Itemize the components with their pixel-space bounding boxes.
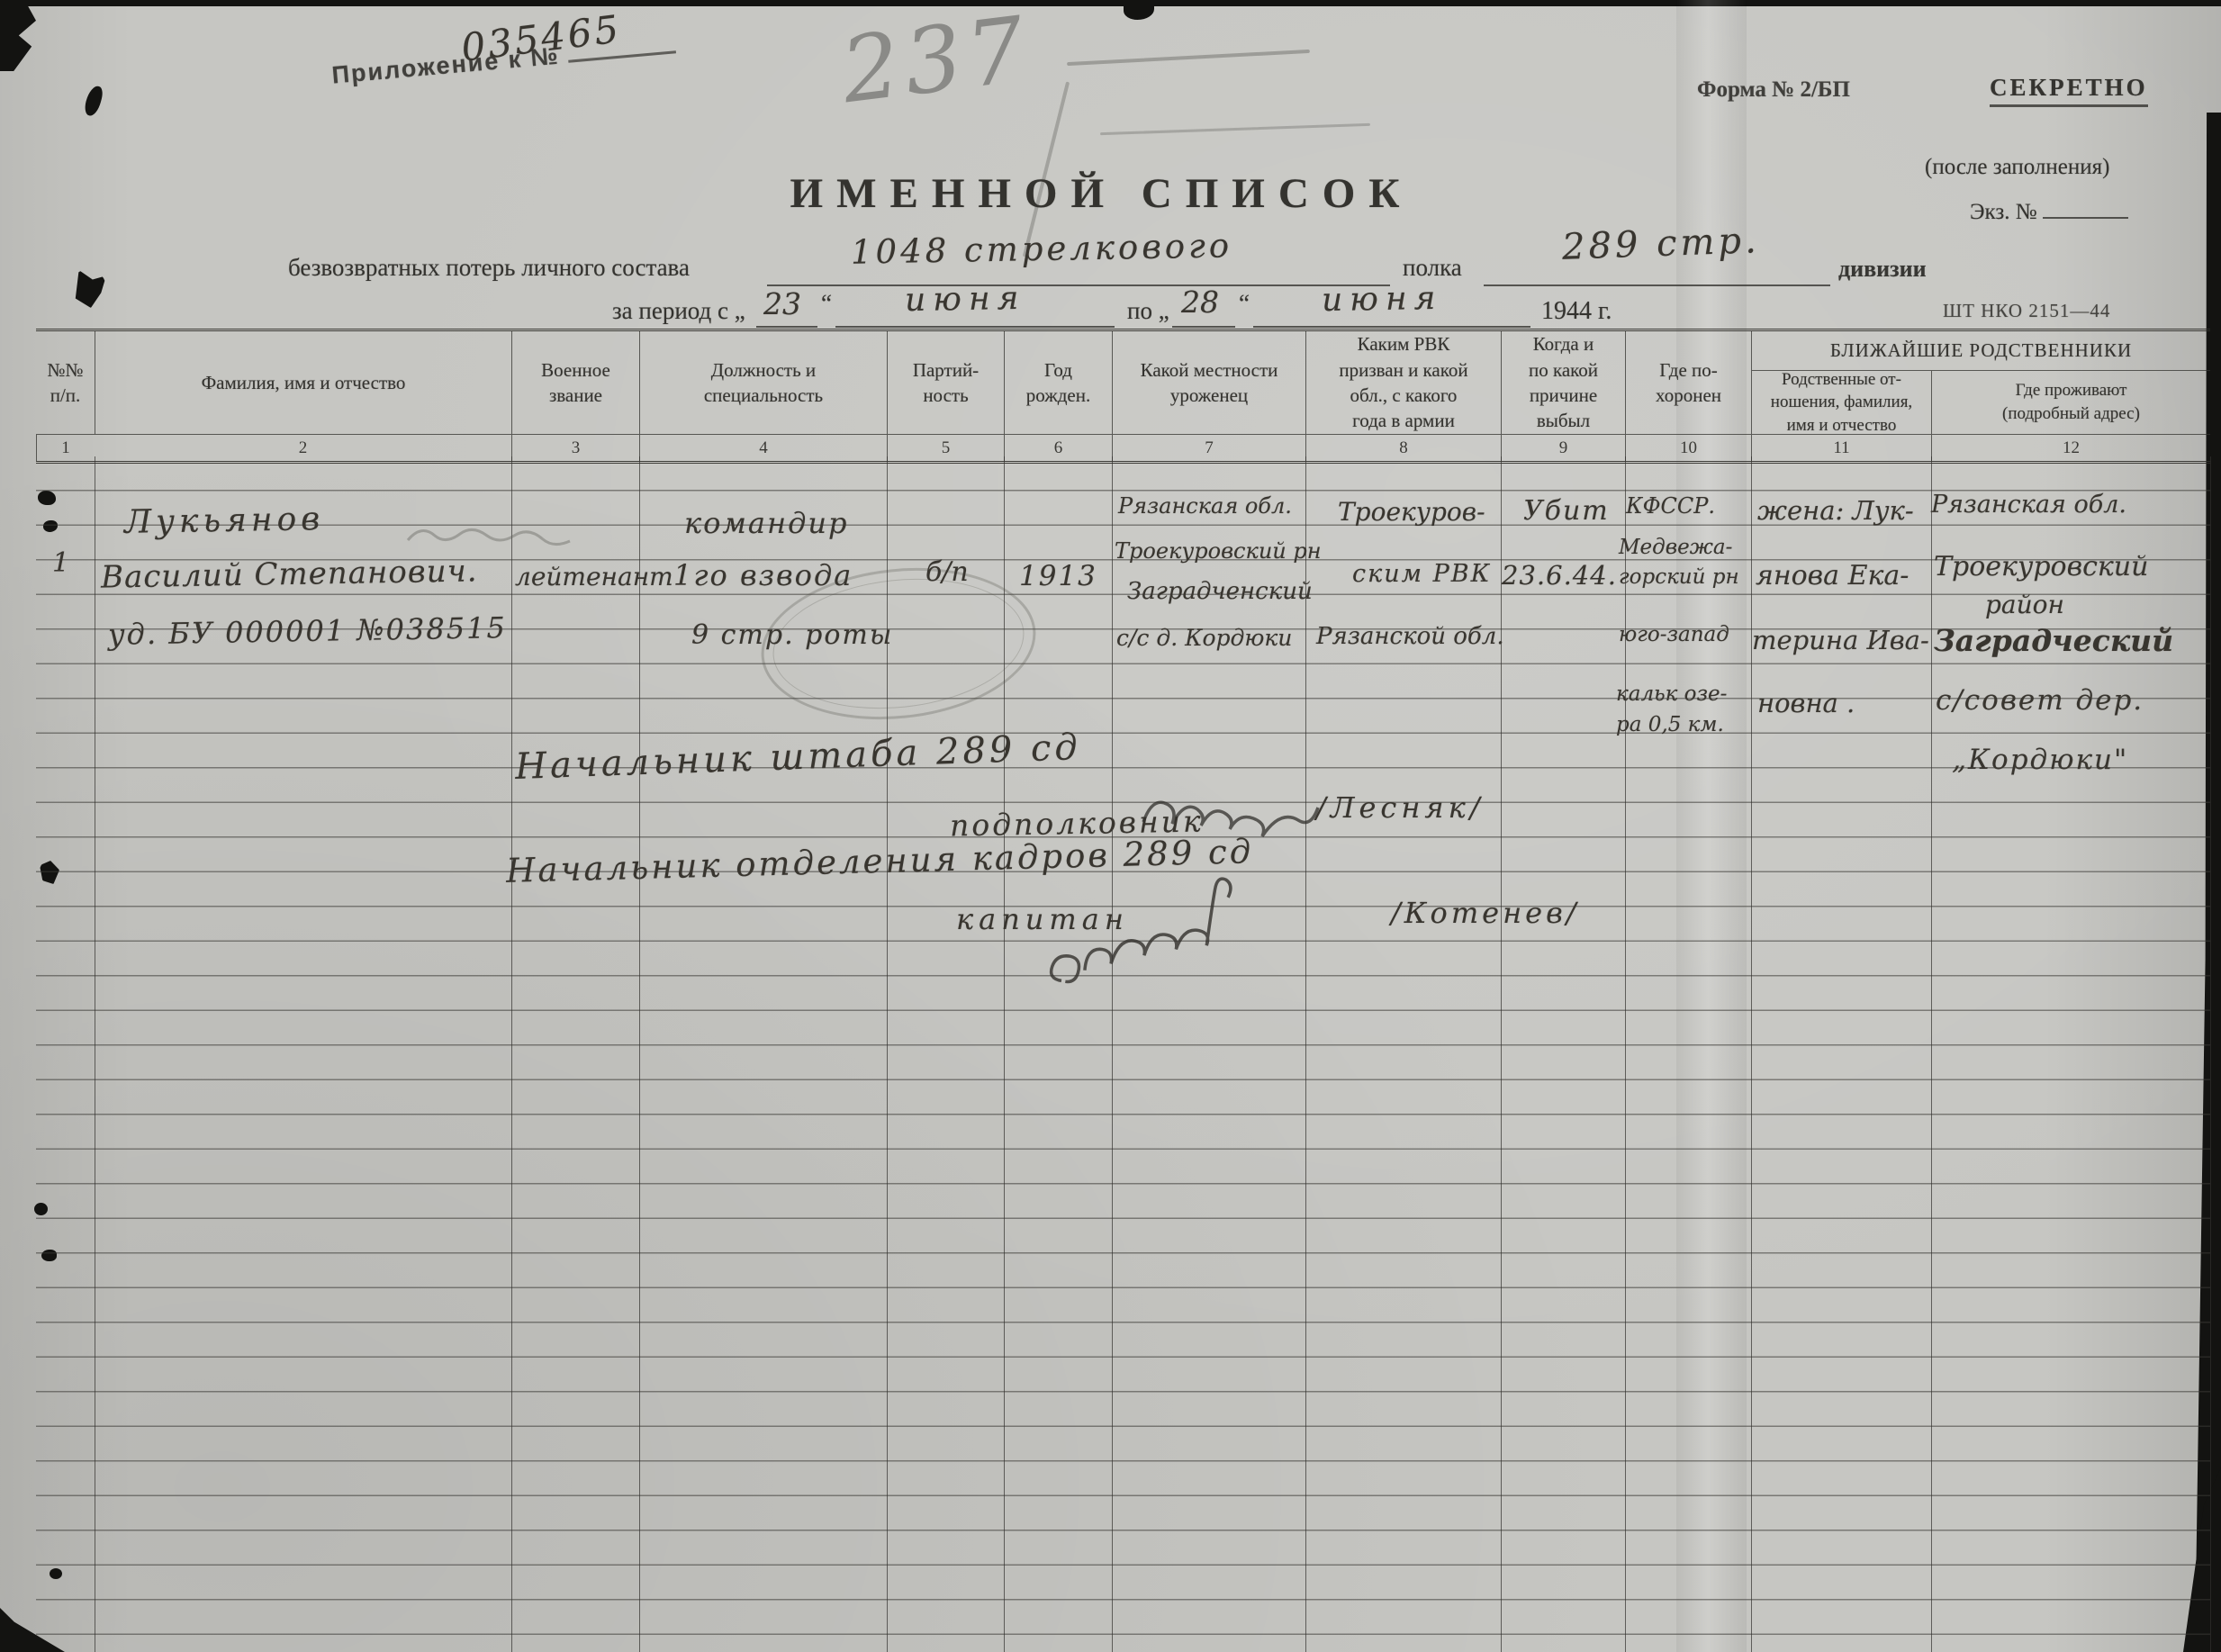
- quote-mark: “: [1239, 290, 1250, 318]
- fill-line: [1172, 326, 1235, 328]
- col-header-11: Родственные от- ношения, фамилия, имя и …: [1751, 371, 1931, 434]
- entry-position-3: 9 стр. роты: [691, 619, 893, 651]
- entry-relative-4: новна .: [1757, 688, 1855, 718]
- entry-burial-4: юго-запад: [1619, 623, 1729, 646]
- document-title: ИМЕННОЙ СПИСОК: [0, 169, 2212, 218]
- entry-burial-1: КФССР.: [1626, 493, 1715, 519]
- body-column: [1501, 456, 1625, 1652]
- col-header-4: Должность и специальность: [639, 331, 887, 434]
- col-header-6: Год рожден.: [1004, 331, 1112, 434]
- col-header-12: Где проживают (подробный адрес): [1931, 371, 2210, 434]
- body-column: [511, 456, 639, 1652]
- print-code: ШТ НКО 2151—44: [1943, 300, 2110, 322]
- col-header-10: Где по- хоронен: [1625, 331, 1751, 434]
- col-header-2: Фамилия, имя и отчество: [95, 331, 511, 434]
- col-header-7: Какой местности уроженец: [1112, 331, 1305, 434]
- table-header: №№ п/п. Фамилия, имя и отчество Военное …: [36, 329, 2210, 464]
- col-header-8: Каким РВК призван и какой обл., с какого…: [1305, 331, 1501, 434]
- scanned-document-page: Приложение к № 035465 237 Форма № 2/БП С…: [0, 0, 2221, 1652]
- fill-line: [1253, 326, 1530, 328]
- entry-index: 1: [52, 547, 69, 579]
- entry-position-2: 1го взвода: [673, 558, 853, 592]
- entry-burial-3: горский рн: [1619, 565, 1739, 589]
- hole-punch: [72, 270, 106, 308]
- fill-line: [1484, 284, 1830, 286]
- subtitle-line1-suffix: дивизии: [1838, 256, 1927, 283]
- hole-punch: [83, 85, 104, 118]
- entry-drafted-3: Рязанской обл.: [1316, 623, 1504, 650]
- signature-name-1: /Лесняк/: [1316, 790, 1485, 825]
- fill-line: [756, 326, 817, 328]
- entry-relative-2: янова Ека-: [1756, 560, 1909, 591]
- entry-burial-5: кальк озе-: [1616, 682, 1727, 706]
- entry-surname: Лукьянов: [124, 501, 325, 541]
- period-mid: по „: [1127, 297, 1169, 325]
- entry-address-6: „Кордюки": [1952, 744, 2128, 776]
- pencil-stroke: [1100, 123, 1370, 135]
- entry-address-2: Троекуровский: [1934, 551, 2148, 582]
- entry-rank: лейтенант: [515, 562, 673, 591]
- entry-relative-3: терина Ива-: [1752, 625, 1929, 655]
- entry-address-5: с/совет дер.: [1936, 684, 2144, 717]
- entry-id-document: уд. БУ 000001 №038515: [108, 610, 507, 652]
- entry-position-1: командир: [684, 506, 848, 540]
- entry-address-4: Заградческий: [1934, 623, 2173, 658]
- entry-relative-1: жена: Лук-: [1757, 495, 1914, 526]
- subtitle-line1-mid: полка: [1403, 254, 1462, 282]
- col-header-3: Военное звание: [511, 331, 639, 434]
- pencil-scrawl: [403, 518, 574, 558]
- entry-burial-2: Медвежа-: [1619, 536, 1732, 559]
- pencil-page-number: 237: [836, 0, 1036, 123]
- entry-address-1: Рязанская обл.: [1931, 491, 2126, 519]
- entry-address-3: район: [1985, 590, 2064, 619]
- scan-edge-top: [0, 0, 2221, 6]
- entry-birthplace-3: Заградченский: [1127, 578, 1313, 605]
- body-column: [36, 456, 95, 1652]
- fill-line: [767, 284, 1390, 286]
- col-header-9: Когда и по какой причине выбыл: [1501, 331, 1625, 434]
- entry-fate-date: 23.6.44.: [1502, 560, 1617, 591]
- signature-name-2: /Котенев/: [1391, 896, 1580, 930]
- col-header-1: №№ п/п.: [36, 331, 95, 434]
- entry-birth-year: 1913: [1019, 560, 1097, 592]
- pencil-stroke: [1067, 50, 1310, 66]
- secret-label: СЕКРЕТНО: [1990, 74, 2148, 107]
- period-from-day: 23: [763, 286, 801, 321]
- entry-party: б/п: [925, 556, 969, 588]
- regiment-handwritten: 1048 стрелкового: [851, 226, 1233, 271]
- period-to-day: 28: [1181, 284, 1219, 320]
- entry-name-patronymic: Василий Степанович.: [101, 553, 478, 595]
- period-year: 1944 г.: [1541, 297, 1612, 326]
- form-number: Форма № 2/БП: [1697, 77, 1850, 103]
- quote-mark: “: [821, 290, 832, 318]
- col-group-relatives: БЛИЖАЙШИЕ РОДСТВЕННИКИ: [1751, 331, 2210, 371]
- period-prefix: за период с „: [612, 297, 745, 325]
- entry-drafted-1: Троекуров-: [1338, 497, 1485, 527]
- scan-corner-top-left: [0, 6, 36, 71]
- period-to-month: июня: [1322, 280, 1443, 319]
- entry-birthplace-4: с/с д. Кордюки: [1116, 625, 1292, 651]
- period-from-month: июня: [905, 280, 1026, 319]
- entry-drafted-2: ским РВК: [1352, 560, 1492, 588]
- division-handwritten: 289 стр.: [1561, 220, 1760, 268]
- entry-fate: Убит: [1523, 495, 1610, 527]
- col-header-5: Партий- ность: [887, 331, 1004, 434]
- entry-birthplace-2: Троекуровский рн: [1115, 538, 1322, 564]
- subtitle-line1-prefix: безвозвратных потерь личного состава: [288, 254, 690, 282]
- entry-birthplace-1: Рязанская обл.: [1118, 493, 1292, 519]
- fill-line: [835, 326, 1115, 328]
- scan-mark-top: [1124, 0, 1154, 20]
- entry-burial-6: ра 0,5 км.: [1616, 713, 1724, 736]
